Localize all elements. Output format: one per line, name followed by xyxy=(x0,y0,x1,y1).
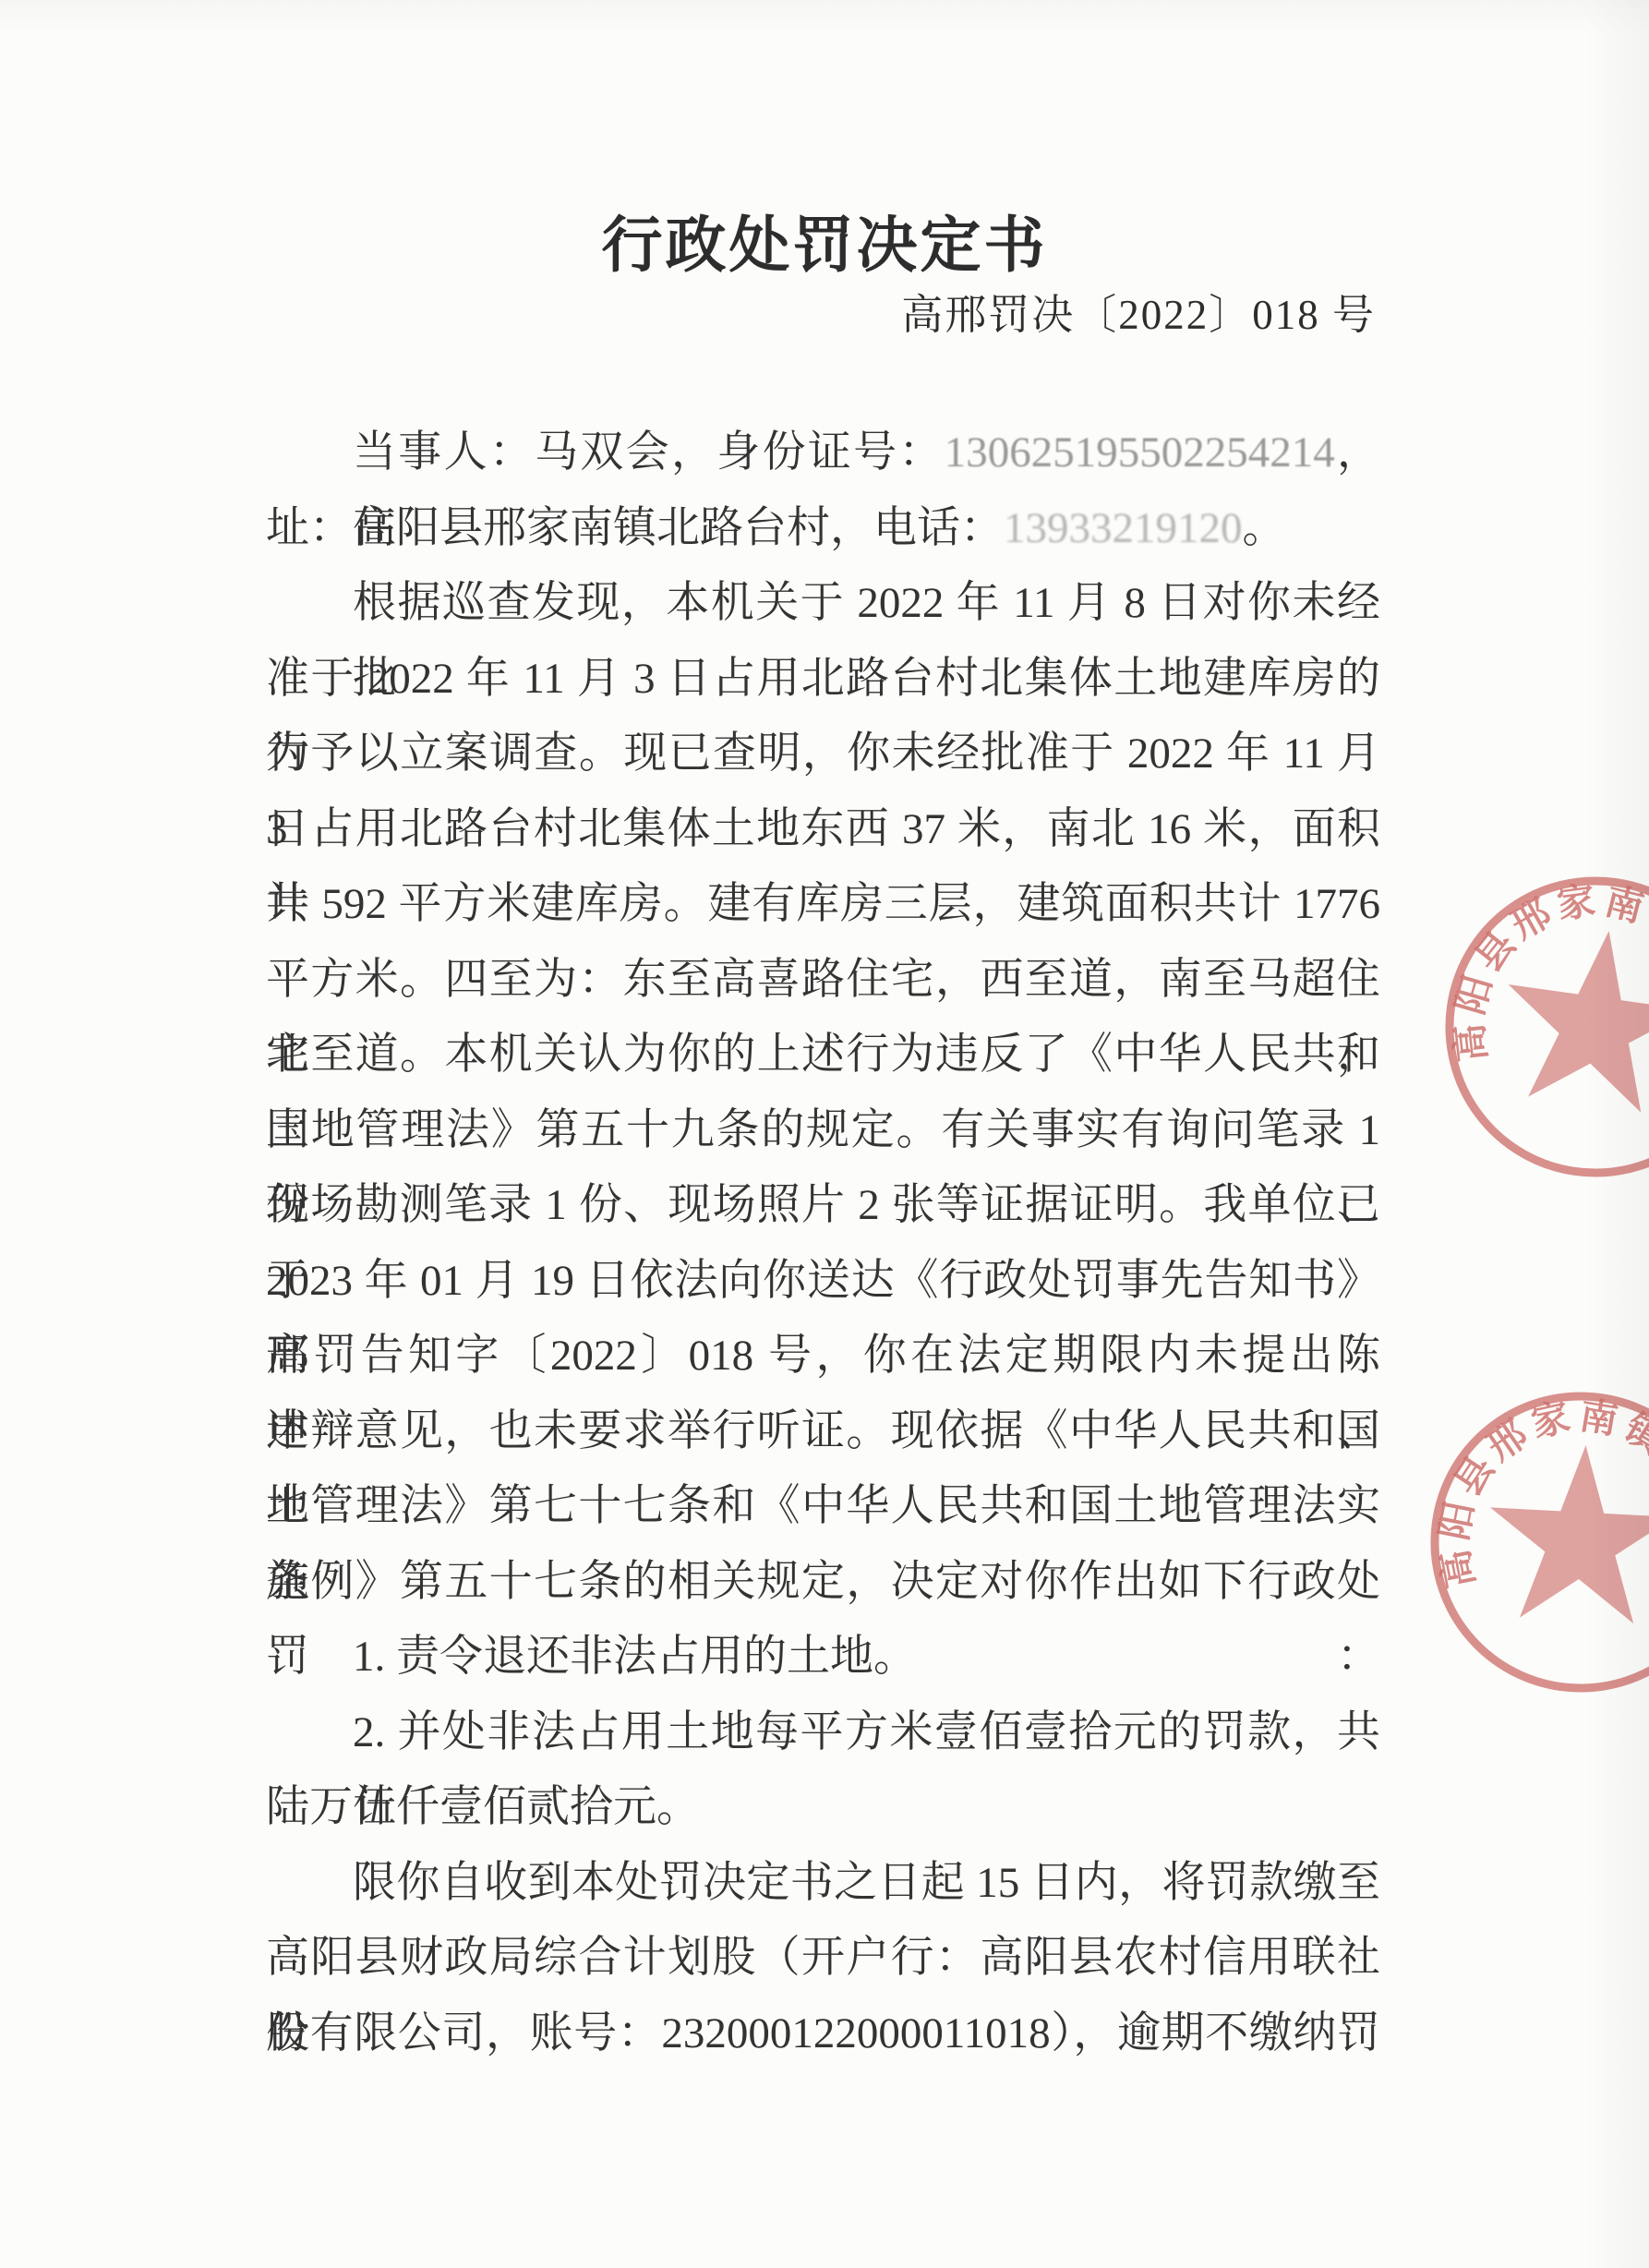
document-line: 址：高阳县邢家南镇北路台村，电话：13933219120。 xyxy=(266,491,1380,567)
account-number: 232000122000011018 xyxy=(661,2009,1050,2057)
document-line: 现场勘测笔录 1 份、现场照片 2 张等证据证明。我单位已于 xyxy=(266,1168,1380,1244)
text-segment: 1. 责令退还非法占用的土地。 xyxy=(353,1633,917,1681)
document-line: 日占用北路台村北集体土地东西 37 米，南北 16 米，面积共 xyxy=(266,792,1380,868)
text-segment: 计 592 平方米建库房。建有库房三层，建筑面积共计 1776 xyxy=(266,880,1380,928)
star-icon xyxy=(1485,1441,1649,1625)
document-line: 平方米。四至为：东至高喜路住宅，西至道，南至马超住宅， xyxy=(266,943,1380,1019)
document-line: 申辩意见，也未要求举行听证。现依据《中华人民共和国土 xyxy=(266,1394,1380,1470)
seal-graphic: 高阳县邢家南镇人民政府 xyxy=(1408,839,1649,1215)
star-icon xyxy=(1493,918,1649,1117)
document-line: 计 592 平方米建库房。建有库房三层，建筑面积共计 1776 xyxy=(266,867,1380,943)
text-segment: 当事人：马双会，身份证号： xyxy=(353,428,945,477)
document-line: 当事人：马双会，身份证号：130625195502254214，住 xyxy=(266,416,1380,491)
document-line: 2023 年 01 月 19 日依法向你送达《行政处罚事先告知书》高 xyxy=(266,1244,1380,1320)
seal-circle xyxy=(1431,863,1649,1192)
svg-text:高阳县邢家南镇人民政府: 高阳县邢家南镇人民政府 xyxy=(1428,1386,1649,1635)
document-line: 地管理法》第七十七条和《中华人民共和国土地管理法实施 xyxy=(266,1469,1380,1545)
document-line: 土地管理法》第五十九条的规定。有关事实有询问笔录 1 份、 xyxy=(266,1093,1380,1169)
document-line: 准于 2022 年 11 月 3 日占用北路台村北集体土地建库房的行 xyxy=(266,642,1380,718)
text-segment: 。 xyxy=(1243,504,1286,552)
official-seal-1: 高阳县邢家南镇人民政府 xyxy=(1408,839,1649,1215)
text-segment: ），逾期不缴纳罚 xyxy=(1051,2009,1380,2057)
document-body: 当事人：马双会，身份证号：130625195502254214，住址：高阳县邢家… xyxy=(266,416,1380,2071)
svg-text:高阳县邢家南镇人民政府: 高阳县邢家南镇人民政府 xyxy=(1437,860,1649,1133)
document-page: 行政处罚决定书 高邢罚决〔2022〕018 号 当事人：马双会，身份证号：130… xyxy=(0,0,1649,2268)
text-segment: 址：高阳县邢家南镇北路台村，电话： xyxy=(266,504,1004,552)
seal-circle xyxy=(1427,1389,1649,1695)
official-seal-2: 高阳县邢家南镇人民政府 xyxy=(1406,1368,1649,1717)
document-number: 高邢罚决〔2022〕018 号 xyxy=(901,281,1376,341)
seal-graphic: 高阳县邢家南镇人民政府 xyxy=(1406,1368,1649,1717)
seal-ring-text: 高阳县邢家南镇人民政府 xyxy=(1437,860,1649,1133)
seal-ring-text: 高阳县邢家南镇人民政府 xyxy=(1428,1386,1649,1635)
document-line: 份有限公司，账号：232000122000011018），逾期不缴纳罚 xyxy=(266,1997,1380,2072)
document-line: 陆万伍仟壹佰贰拾元。 xyxy=(266,1770,1380,1846)
document-line: 邢罚告知字〔2022〕018 号，你在法定期限内未提出陈述、 xyxy=(266,1319,1380,1394)
text-segment: 份有限公司，账号： xyxy=(266,2009,661,2057)
text-segment: 陆万伍仟壹佰贰拾元。 xyxy=(266,1783,700,1831)
document-line: 北至道。本机关认为你的上述行为违反了《中华人民共和国 xyxy=(266,1018,1380,1093)
document-line: 根据巡查发现，本机关于 2022 年 11 月 8 日对你未经批 xyxy=(266,566,1380,642)
document-title: 行政处罚决定书 xyxy=(0,196,1649,283)
document-line: 高阳县财政局综合计划股（开户行：高阳县农村信用联社股 xyxy=(266,1921,1380,1997)
document-line: 限你自收到本处罚决定书之日起 15 日内，将罚款缴至 xyxy=(266,1846,1380,1922)
id-number: 130625195502254214 xyxy=(945,428,1335,477)
text-segment: 限你自收到本处罚决定书之日起 15 日内，将罚款缴至 xyxy=(353,1859,1380,1907)
document-line: 2. 并处非法占用土地每平方米壹佰壹拾元的罚款，共计 xyxy=(266,1695,1380,1771)
document-line: 为予以立案调查。现已查明，你未经批准于 2022 年 11 月 3 xyxy=(266,717,1380,792)
document-line: 条例》第五十七条的相关规定，决定对你作出如下行政处罚： xyxy=(266,1545,1380,1621)
phone-number: 13933219120 xyxy=(1004,504,1243,552)
